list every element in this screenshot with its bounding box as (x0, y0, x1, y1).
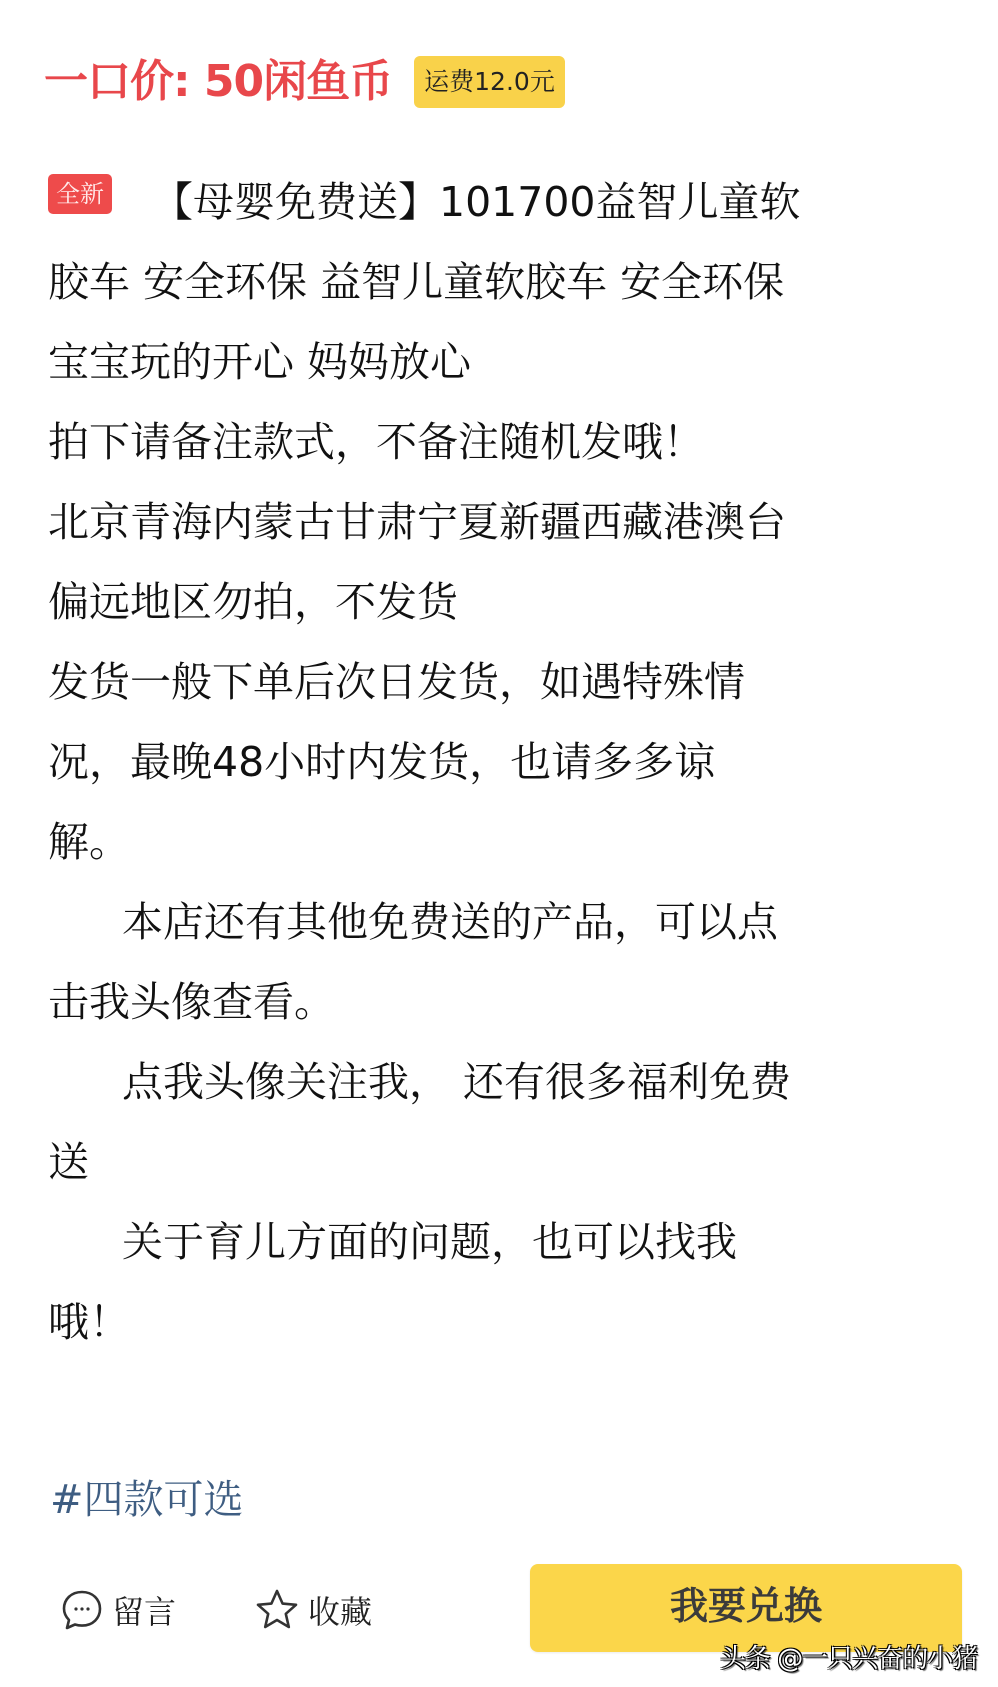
comment-button[interactable]: 留言 (60, 1580, 176, 1640)
description-line: 解。 (48, 802, 948, 882)
description-line: 关于育儿方面的问题，也可以找我 (48, 1202, 948, 1282)
description-text: 【母婴免费送】101700益智儿童软 (152, 178, 801, 226)
description-line: 宝宝玩的开心 妈妈放心 (48, 322, 948, 402)
description-line: 送 (48, 1122, 948, 1202)
favorite-button[interactable]: 收藏 (254, 1580, 372, 1640)
description-line: 全新【母婴免费送】101700益智儿童软 (48, 162, 948, 242)
watermark: 头条 @一只兴奋的小猪 (720, 1638, 977, 1675)
description-line: 哦！ (48, 1282, 948, 1362)
description-line: 点我头像关注我， 还有很多福利免费 (48, 1042, 948, 1122)
hashtag-link[interactable]: #四款可选 (50, 1470, 244, 1530)
listing-description: 全新【母婴免费送】101700益智儿童软 胶车 安全环保 益智儿童软胶车 安全环… (48, 162, 948, 1362)
comment-label: 留言 (112, 1587, 176, 1633)
description-line: 胶车 安全环保 益智儿童软胶车 安全环保 (48, 242, 948, 322)
chat-bubble-icon (60, 1588, 104, 1632)
description-line: 北京青海内蒙古甘肃宁夏新疆西藏港澳台 (48, 482, 948, 562)
shipping-fee-badge: 运费12.0元 (414, 56, 565, 108)
favorite-label: 收藏 (308, 1587, 372, 1633)
description-line: 况，最晚48小时内发货，也请多多谅 (48, 722, 948, 802)
description-line: 拍下请备注款式，不备注随机发哦！ (48, 402, 948, 482)
description-line: 偏远地区勿拍，不发货 (48, 562, 948, 642)
price-label: 一口价: 50闲鱼币 (44, 52, 392, 112)
description-line: 本店还有其他免费送的产品，可以点 (48, 882, 948, 962)
star-outline-icon (254, 1587, 300, 1633)
description-line: 击我头像查看。 (48, 962, 948, 1042)
price-row: 一口价: 50闲鱼币 运费12.0元 (44, 52, 565, 112)
description-line: 发货一般下单后次日发货，如遇特殊情 (48, 642, 948, 722)
condition-tag: 全新 (48, 174, 112, 214)
